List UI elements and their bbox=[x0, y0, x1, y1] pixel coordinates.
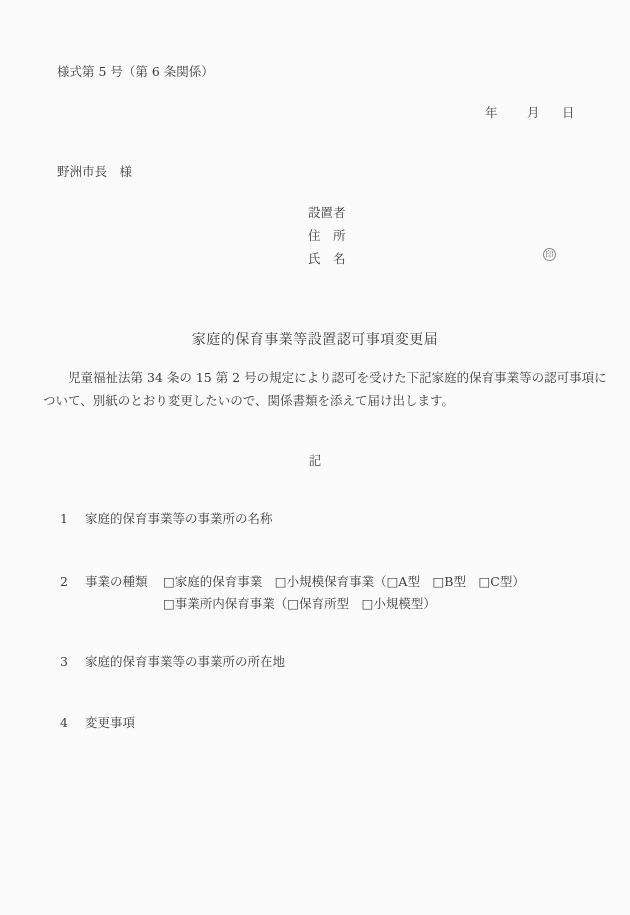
document-title: 家庭的保育事業等設置認可事項変更届 bbox=[0, 329, 630, 349]
seal-mark-icon: 印 bbox=[543, 248, 556, 261]
applicant-role-label: 設置者 bbox=[308, 205, 346, 221]
item-2-number: 2 bbox=[60, 574, 68, 590]
applicant-address-label: 住 所 bbox=[308, 228, 346, 244]
item-3-number: 3 bbox=[60, 654, 68, 670]
item-2-label: 事業の種類 bbox=[85, 574, 148, 590]
addressee: 野洲市長 様 bbox=[57, 164, 132, 180]
date-year-label: 年 bbox=[485, 105, 498, 121]
document-page: 様式第 5 号（第 6 条関係） 年 月 日 野洲市長 様 設置者 住 所 氏 … bbox=[0, 0, 630, 915]
paragraph-line-2: ついて、別紙のとおり変更したいので、関係書類を添えて届け出します。 bbox=[43, 393, 454, 409]
item-2-options-line-2: □事業所内保育事業（□保育所型 □小規模型） bbox=[163, 596, 436, 612]
item-1-number: 1 bbox=[60, 511, 68, 527]
item-4-number: 4 bbox=[60, 715, 68, 731]
ki-marker: 記 bbox=[0, 451, 630, 469]
item-4-label: 変更事項 bbox=[85, 715, 135, 731]
applicant-name-label: 氏 名 bbox=[308, 251, 346, 267]
date-day-label: 日 bbox=[562, 105, 575, 121]
form-number: 様式第 5 号（第 6 条関係） bbox=[57, 64, 214, 80]
item-1-label: 家庭的保育事業等の事業所の名称 bbox=[85, 511, 273, 527]
seal-character: 印 bbox=[546, 251, 554, 259]
date-month-label: 月 bbox=[527, 105, 540, 121]
item-3-label: 家庭的保育事業等の事業所の所在地 bbox=[85, 654, 285, 670]
item-2-options-line-1: □家庭的保育事業 □小規模保育事業（□A型 □B型 □C型） bbox=[163, 574, 525, 590]
paragraph-line-1: 児童福祉法第 34 条の 15 第 2 号の規定により認可を受けた下記家庭的保育… bbox=[68, 370, 607, 386]
